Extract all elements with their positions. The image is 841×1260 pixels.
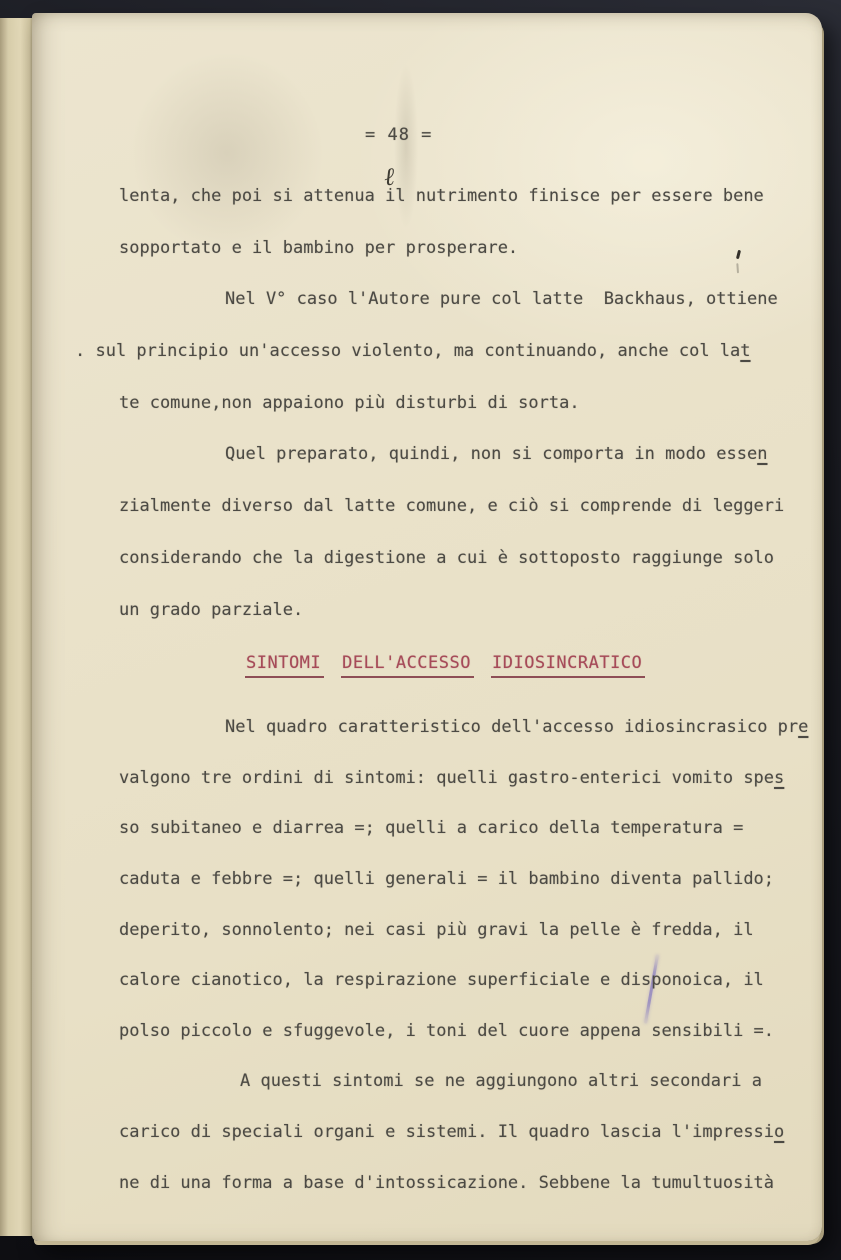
line-tail-underlined: o <box>774 1122 784 1142</box>
text-line: A questi sintomi se ne aggiungono altri … <box>119 1071 809 1122</box>
line-text: considerando che la digestione a cui è s… <box>119 548 774 568</box>
heading-word: DELL'ACCESSO <box>341 653 474 678</box>
text-line: polso piccolo e sfuggevole, i toni del c… <box>119 1021 809 1072</box>
line-text: valgono tre ordini di sintomi: quelli ga… <box>119 768 774 788</box>
line-tail-underlined: e <box>798 717 808 737</box>
text-line: carico di speciali organi e sistemi. Il … <box>119 1122 809 1173</box>
text-line: so subitaneo e diarrea =; quelli a caric… <box>119 818 809 869</box>
line-text: caduta e febbre =; quelli generali = il … <box>119 869 774 889</box>
line-tail-underlined: s <box>774 768 784 788</box>
text-line: Quel preparato, quindi, non si comporta … <box>119 444 809 496</box>
line-text: Quel preparato, quindi, non si comporta … <box>225 444 757 464</box>
typewritten-text-block: lenta, che poi si attenua il nutrimento … <box>119 186 809 1223</box>
line-text: ne di una forma a base d'intossicazione.… <box>119 1173 774 1193</box>
text-line: un grado parziale. <box>119 600 809 652</box>
line-text: Nel quadro caratteristico dell'accesso i… <box>225 717 798 737</box>
text-line: sopportato e il bambino per prosperare. <box>119 238 809 290</box>
text-line: lenta, che poi si attenua il nutrimento … <box>119 186 809 238</box>
text-line: zialmente diverso dal latte comune, e ci… <box>119 496 809 548</box>
line-text: carico di speciali organi e sistemi. Il … <box>119 1122 774 1142</box>
text-line: deperito, sonnolento; nei casi più gravi… <box>119 920 809 971</box>
text-line: Nel V° caso l'Autore pure col latte Back… <box>119 289 809 341</box>
line-text: Nel V° caso l'Autore pure col latte Back… <box>225 289 778 309</box>
text-line: . sul principio un'accesso violento, ma … <box>75 341 809 393</box>
text-line: Nel quadro caratteristico dell'accesso i… <box>119 717 809 768</box>
text-line: caduta e febbre =; quelli generali = il … <box>119 869 809 920</box>
page-number: = 48 = <box>365 125 432 145</box>
text-line: ne di una forma a base d'intossicazione.… <box>119 1173 809 1224</box>
line-text: . sul principio un'accesso violento, ma … <box>75 341 740 361</box>
line-text: polso piccolo e sfuggevole, i toni del c… <box>119 1021 774 1041</box>
line-text: A questi sintomi se ne aggiungono altri … <box>240 1071 762 1091</box>
line-text: lenta, che poi si attenua il nutrimento … <box>119 186 764 206</box>
text-line: valgono tre ordini di sintomi: quelli ga… <box>119 768 809 819</box>
document-page: = 48 = ℓ lenta, che poi si attenua il nu… <box>32 13 822 1241</box>
text-line: considerando che la digestione a cui è s… <box>119 548 809 600</box>
line-tail-underlined: n <box>757 444 767 464</box>
line-text: deperito, sonnolento; nei casi più gravi… <box>119 920 754 940</box>
line-tail-underlined: t <box>740 341 750 361</box>
line-text: zialmente diverso dal latte comune, e ci… <box>119 496 784 516</box>
heading-word: IDIOSINCRATICO <box>491 653 645 678</box>
text-line: te comune,non appaiono più disturbi di s… <box>119 393 809 445</box>
text-line: calore cianotico, la respirazione superf… <box>119 970 809 1021</box>
line-text: so subitaneo e diarrea =; quelli a caric… <box>119 818 743 838</box>
heading-word: SINTOMI <box>245 653 324 678</box>
line-text: calore cianotico, la respirazione superf… <box>119 970 764 990</box>
second-section: Nel quadro caratteristico dell'accesso i… <box>119 717 809 1223</box>
section-heading: SINTOMIDELL'ACCESSOIDIOSINCRATICO <box>245 651 809 717</box>
line-text: sopportato e il bambino per prosperare. <box>119 238 518 258</box>
line-text: te comune,non appaiono più disturbi di s… <box>119 393 580 413</box>
line-text: un grado parziale. <box>119 600 303 620</box>
